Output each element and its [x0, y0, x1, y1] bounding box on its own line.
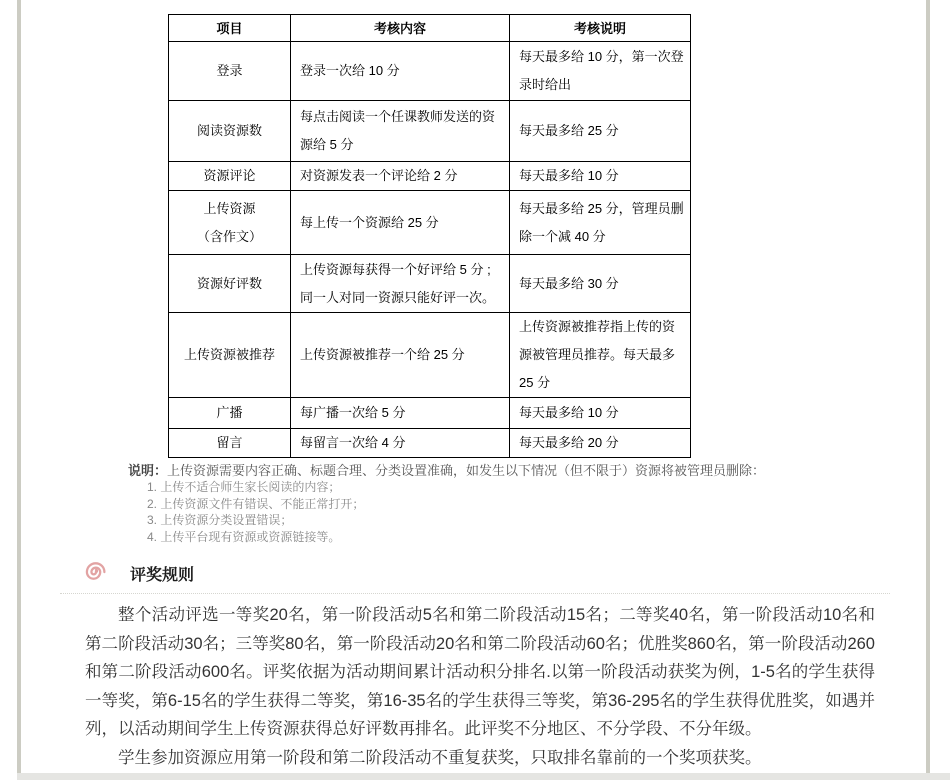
cell-item: 广播 [169, 398, 291, 429]
cell-note: 每天最多给 10 分，第一次登录时给出 [510, 42, 691, 101]
cell-content: 每广播一次给 5 分 [291, 398, 510, 429]
table-row: 广播 每广播一次给 5 分 每天最多给 10 分 [169, 398, 691, 429]
cell-item: 上传资源 （含作文） [169, 191, 291, 255]
table-row: 登录 登录一次给 10 分 每天最多给 10 分，第一次登录时给出 [169, 42, 691, 101]
cell-content: 登录一次给 10 分 [291, 42, 510, 101]
table-header-item: 项目 [169, 15, 291, 42]
cell-content: 上传资源每获得一个好评给 5 分 ;同一人对同一资源只能好评一次。 [291, 255, 510, 313]
cell-note: 每天最多给 25 分，管理员删除一个减 40 分 [510, 191, 691, 255]
table-header-note: 考核说明 [510, 15, 691, 42]
scoring-table: 项目 考核内容 考核说明 登录 登录一次给 10 分 每天最多给 10 分，第一… [168, 14, 691, 458]
award-paragraph-2: 学生参加资源应用第一阶段和第二阶段活动不重复获奖，只取排名靠前的一个奖项获奖。 [85, 744, 875, 773]
page-left-border [17, 0, 21, 780]
notes-list-item: 4. 上传平台现有资源或资源链接等。 [147, 529, 868, 546]
cell-content: 每上传一个资源给 25 分 [291, 191, 510, 255]
notes-list-item: 1. 上传不适合师生家长阅读的内容； [147, 479, 868, 496]
award-rules-text: 整个活动评选一等奖20名，第一阶段活动5名和第二阶段活动15名；二等奖40名，第… [85, 601, 875, 772]
cell-content: 上传资源被推荐一个给 25 分 [291, 313, 510, 398]
table-row: 上传资源被推荐 上传资源被推荐一个给 25 分 上传资源被推荐指上传的资源被管理… [169, 313, 691, 398]
cell-note: 每天最多给 10 分 [510, 162, 691, 191]
notes: 说明：上传资源需要内容正确、标题合理、分类设置准确，如发生以下情况（但不限于）资… [128, 462, 868, 545]
cell-note: 每天最多给 25 分 [510, 101, 691, 162]
notes-label: 说明： [128, 463, 167, 478]
cell-content: 对资源发表一个评论给 2 分 [291, 162, 510, 191]
cell-item: 上传资源被推荐 [169, 313, 291, 398]
spiral-icon [82, 557, 110, 585]
page-right-border [926, 0, 930, 780]
notes-intro-line: 说明：上传资源需要内容正确、标题合理、分类设置准确，如发生以下情况（但不限于）资… [128, 462, 868, 479]
table-header-content: 考核内容 [291, 15, 510, 42]
cell-item: 资源好评数 [169, 255, 291, 313]
cell-item: 资源评论 [169, 162, 291, 191]
cell-content: 每留言一次给 4 分 [291, 429, 510, 458]
section-title: 评奖规则 [130, 562, 194, 585]
cell-note: 每天最多给 30 分 [510, 255, 691, 313]
notes-intro: 上传资源需要内容正确、标题合理、分类设置准确，如发生以下情况（但不限于）资源将被… [167, 463, 765, 478]
notes-list: 1. 上传不适合师生家长阅读的内容； 2. 上传资源文件有错误、不能正常打开； … [147, 479, 868, 545]
table-row: 上传资源 （含作文） 每上传一个资源给 25 分 每天最多给 25 分，管理员删… [169, 191, 691, 255]
cell-item: 阅读资源数 [169, 101, 291, 162]
table-header-row: 项目 考核内容 考核说明 [169, 15, 691, 42]
table-row: 资源评论 对资源发表一个评论给 2 分 每天最多给 10 分 [169, 162, 691, 191]
award-paragraph-1: 整个活动评选一等奖20名，第一阶段活动5名和第二阶段活动15名；二等奖40名，第… [85, 601, 875, 744]
cell-note: 每天最多给 20 分 [510, 429, 691, 458]
cell-content: 每点击阅读一个任课教师发送的资源给 5 分 [291, 101, 510, 162]
section-divider [60, 593, 890, 594]
table-row: 资源好评数 上传资源每获得一个好评给 5 分 ;同一人对同一资源只能好评一次。 … [169, 255, 691, 313]
cell-item: 登录 [169, 42, 291, 101]
notes-list-item: 2. 上传资源文件有错误、不能正常打开； [147, 496, 868, 513]
table-row: 阅读资源数 每点击阅读一个任课教师发送的资源给 5 分 每天最多给 25 分 [169, 101, 691, 162]
cell-item: 留言 [169, 429, 291, 458]
cell-note: 每天最多给 10 分 [510, 398, 691, 429]
footer-strip [17, 773, 950, 780]
table-row: 留言 每留言一次给 4 分 每天最多给 20 分 [169, 429, 691, 458]
notes-list-item: 3. 上传资源分类设置错误； [147, 512, 868, 529]
cell-note: 上传资源被推荐指上传的资源被管理员推荐。每天最多 25 分 [510, 313, 691, 398]
